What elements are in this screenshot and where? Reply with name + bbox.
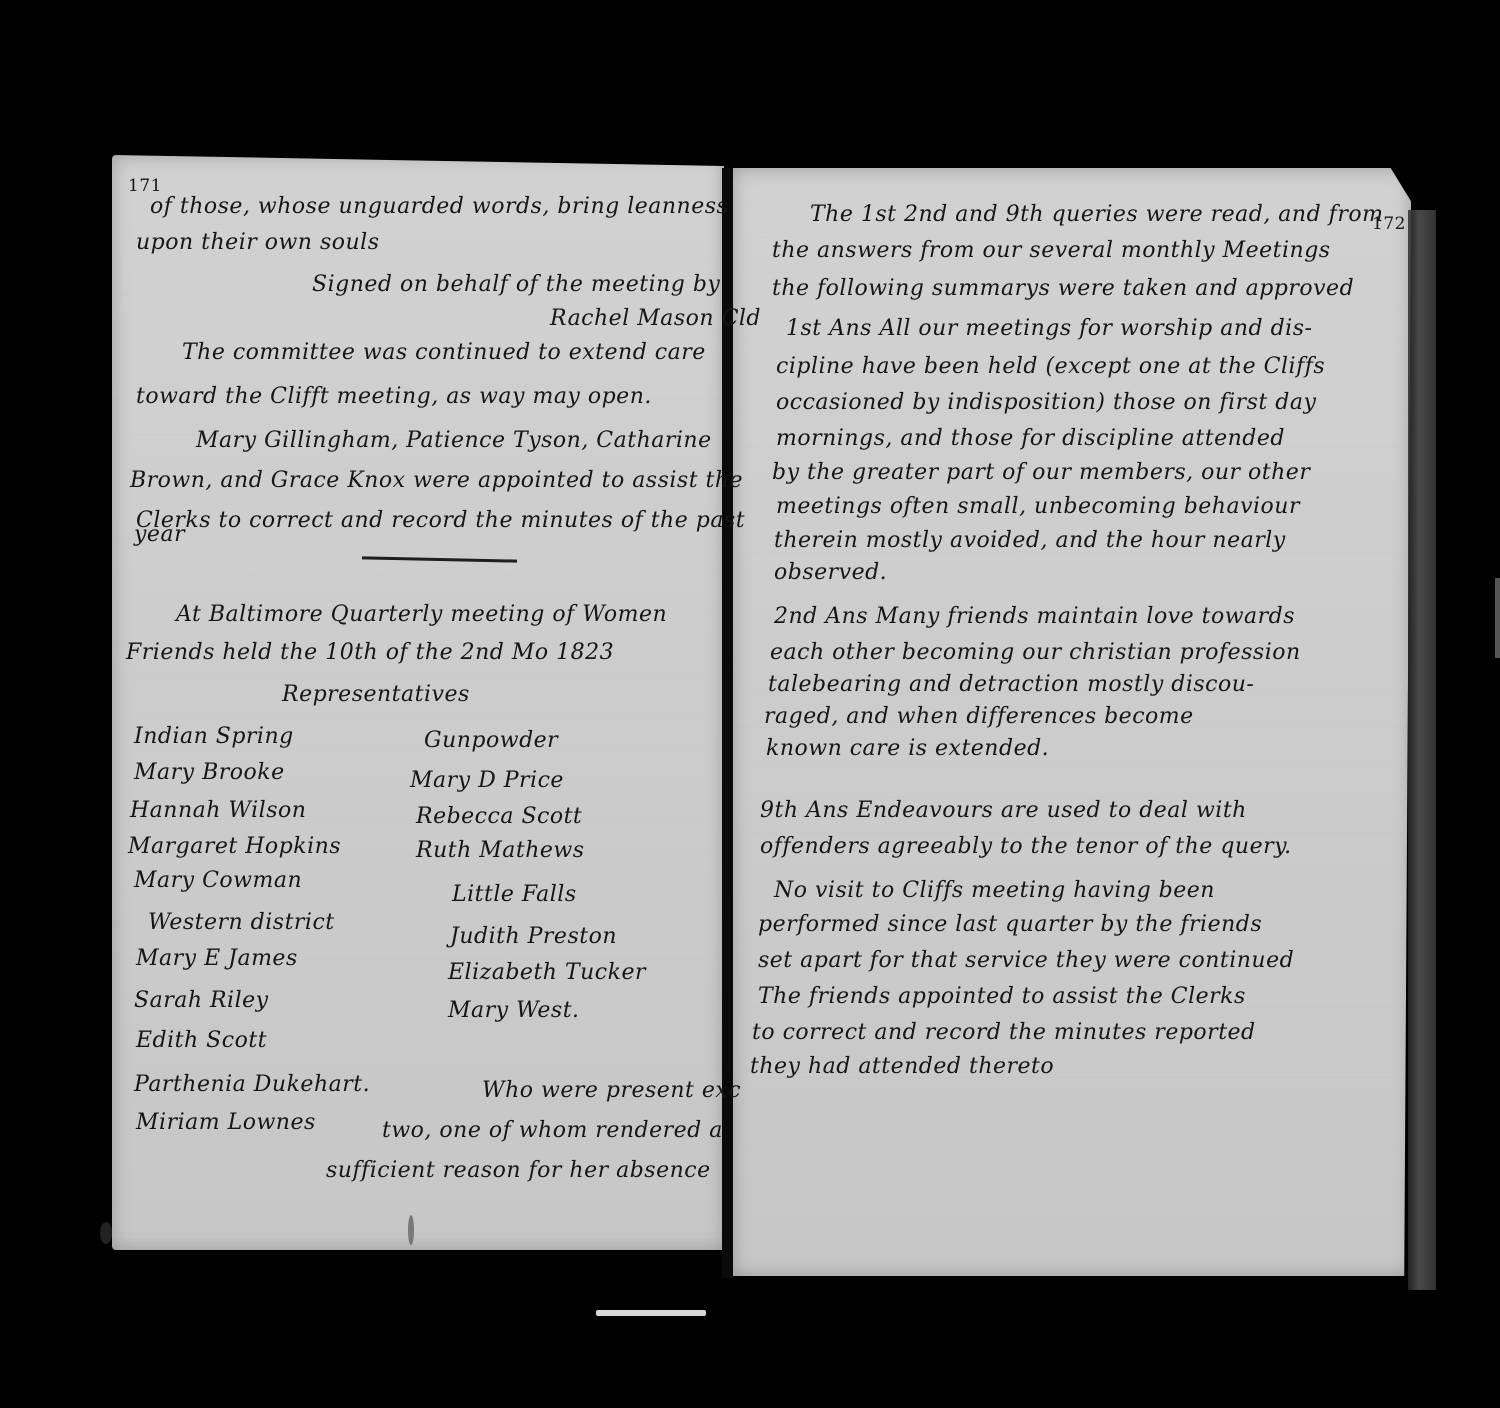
rep-left-1: Indian Spring (134, 726, 294, 748)
rep-right-1: Gunpowder (424, 730, 558, 752)
rep-right-3: Rebecca Scott (416, 806, 582, 828)
rep-left-10: Parthenia Dukehart. (134, 1074, 370, 1096)
representatives-heading: Representatives (282, 684, 470, 706)
right-line-1: The 1st 2nd and 9th queries were read, a… (810, 204, 1383, 226)
right-line-20: performed since last quarter by the frie… (758, 914, 1262, 936)
rep-left-4: Margaret Hopkins (128, 836, 341, 858)
right-line-15: raged, and when differences become (764, 706, 1194, 728)
right-line-10: therein mostly avoided, and the hour nea… (774, 530, 1286, 552)
right-line-5: cipline have been held (except one at th… (776, 356, 1325, 378)
rep-left-7: Mary E James (136, 948, 298, 970)
right-line-18: offenders agreeably to the tenor of the … (760, 836, 1292, 858)
left-line-2: upon their own souls (136, 232, 380, 254)
right-line-3: the following summarys were taken and ap… (772, 278, 1354, 300)
right-line-22: The friends appointed to assist the Cler… (758, 986, 1246, 1008)
rep-right-7: Elizabeth Tucker (448, 962, 646, 984)
right-line-21: set apart for that service they were con… (758, 950, 1294, 972)
rep-left-3: Hannah Wilson (130, 800, 306, 822)
right-line-16: known care is extended. (766, 738, 1049, 760)
right-line-17: 9th Ans Endeavours are used to deal with (760, 800, 1247, 822)
right-line-19: No visit to Cliffs meeting having been (774, 880, 1215, 902)
meeting-heading-2: Friends held the 10th of the 2nd Mo 1823 (126, 642, 614, 664)
rep-right-4: Ruth Mathews (416, 840, 585, 862)
rep-left-11: Miriam Lownes (136, 1112, 316, 1134)
right-line-4: 1st Ans All our meetings for worship and… (786, 318, 1312, 340)
right-line-6: occasioned by indisposition) those on fi… (776, 392, 1316, 414)
left-line-1: of those, whose unguarded words, bring l… (150, 196, 728, 218)
rep-left-8: Sarah Riley (134, 990, 269, 1012)
page-edge-tab (1495, 578, 1500, 658)
right-line-14: talebearing and detraction mostly discou… (768, 674, 1254, 696)
scan-background: 171 of those, whose unguarded words, bri… (0, 0, 1500, 1408)
left-line-9: Clerks to correct and record the minutes… (136, 510, 745, 532)
right-line-12: 2nd Ans Many friends maintain love towar… (774, 606, 1295, 628)
ink-blot (100, 1222, 112, 1244)
left-line-7: Mary Gillingham, Patience Tyson, Cathari… (196, 430, 712, 452)
left-line-8: Brown, and Grace Knox were appointed to … (130, 470, 743, 492)
left-line-3: Signed on behalf of the meeting by (312, 274, 720, 296)
right-line-13: each other becoming our christian profes… (770, 642, 1301, 664)
signature: Rachel Mason Cld (550, 308, 761, 330)
left-line-6: toward the Clifft meeting, as way may op… (136, 386, 652, 408)
rep-right-2: Mary D Price (410, 770, 564, 792)
rep-left-9: Edith Scott (136, 1030, 267, 1052)
rep-left-2: Mary Brooke (134, 762, 285, 784)
right-line-9: meetings often small, unbecoming behavio… (776, 496, 1300, 518)
closing-line-2: two, one of whom rendered a (382, 1120, 723, 1142)
right-line-23: to correct and record the minutes report… (752, 1022, 1256, 1044)
left-line-5: The committee was continued to extend ca… (182, 342, 706, 364)
right-line-8: by the greater part of our members, our … (772, 462, 1310, 484)
right-line-11: observed. (774, 562, 887, 584)
rep-right-6: Judith Preston (450, 926, 617, 948)
page-edge-strip (1408, 210, 1436, 1290)
meeting-heading-1: At Baltimore Quarterly meeting of Women (176, 604, 667, 626)
ink-stain (408, 1215, 414, 1245)
closing-line-3: sufficient reason for her absence (326, 1160, 711, 1182)
right-line-24: they had attended thereto (750, 1056, 1054, 1078)
right-line-7: mornings, and those for discipline atten… (776, 428, 1285, 450)
closing-line-1: Who were present exc (482, 1080, 741, 1102)
rep-left-6: Western district (148, 912, 335, 934)
page-number-left: 171 (128, 178, 162, 195)
book-gutter (722, 168, 734, 1278)
left-line-10: year (134, 524, 185, 546)
right-line-2: the answers from our several monthly Mee… (772, 240, 1331, 262)
scan-footer-bar (596, 1310, 706, 1316)
rep-right-8: Mary West. (448, 1000, 580, 1022)
rep-right-5: Little Falls (452, 884, 577, 906)
rep-left-5: Mary Cowman (134, 870, 302, 892)
